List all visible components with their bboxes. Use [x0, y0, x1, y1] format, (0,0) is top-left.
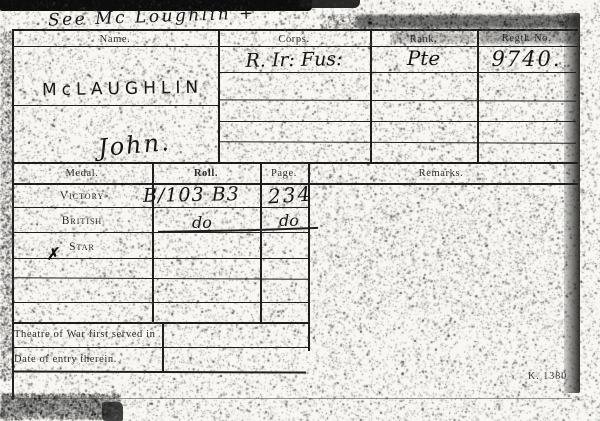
- row-line-empty-2: [12, 302, 308, 303]
- ruled-line: [218, 99, 576, 102]
- corps-column-header: Corps.: [218, 34, 370, 45]
- victory-roll-entry: B/103 B3: [143, 183, 240, 207]
- remarks-column-header: Remarks.: [308, 168, 574, 179]
- medal-column-header: Medal.: [12, 168, 152, 179]
- medal-row-british-label: British: [12, 215, 152, 227]
- scan-artifact-bottom-blob: [102, 402, 123, 421]
- medal-row-victory-label: Victory: [12, 190, 152, 202]
- theatre-row-underline: [12, 347, 308, 348]
- page-column-header: Page.: [260, 168, 308, 179]
- card-top-border: [12, 29, 578, 31]
- rank-column-header: Rank.: [370, 34, 477, 45]
- upper-section-bottom-border: [12, 162, 578, 164]
- date-of-entry-label: Date of entry therein.: [14, 354, 117, 365]
- scan-artifact-top-smudge: [356, 15, 578, 28]
- forename-entry: John.: [97, 128, 172, 162]
- corps-entry: R. Ir: Fus:: [218, 48, 370, 73]
- british-page-ditto: do: [279, 211, 299, 230]
- surname-entry: McLAUGHLIN: [42, 78, 203, 101]
- medal-table-bottom-border: [12, 322, 308, 324]
- form-number: K. 1380: [528, 371, 567, 382]
- divider-roll-page: [260, 163, 262, 323]
- ruled-line: [218, 141, 576, 144]
- surname-underline: [12, 105, 218, 106]
- star-check-mark: ✗: [45, 244, 60, 264]
- name-column-header: Name.: [12, 34, 218, 45]
- ruled-line: [218, 72, 576, 73]
- ruled-line: [218, 121, 576, 122]
- roll-column-header: Roll.: [152, 168, 260, 179]
- row-line-victory: [12, 207, 308, 208]
- date-row-underline: [12, 370, 306, 373]
- scan-artifact-bottom-left-smudge: [0, 397, 112, 416]
- theatre-of-war-label: Theatre of War first served in: [14, 329, 155, 340]
- scan-artifact-top-bar-tail: [300, 0, 360, 8]
- rank-entry: Pte: [370, 46, 477, 70]
- row-line-empty-1: [12, 277, 308, 280]
- victory-page-entry: 234: [267, 181, 313, 208]
- regtl-no-column-header: Regtl. No.: [477, 33, 576, 44]
- medal-index-card-scan: See Mc Loughlin + Name. Corps. Rank. Reg…: [0, 0, 600, 421]
- regtl-no-entry: 9740.: [477, 47, 576, 71]
- medal-row-star-label: Star: [12, 241, 152, 253]
- british-roll-ditto: do: [192, 213, 212, 232]
